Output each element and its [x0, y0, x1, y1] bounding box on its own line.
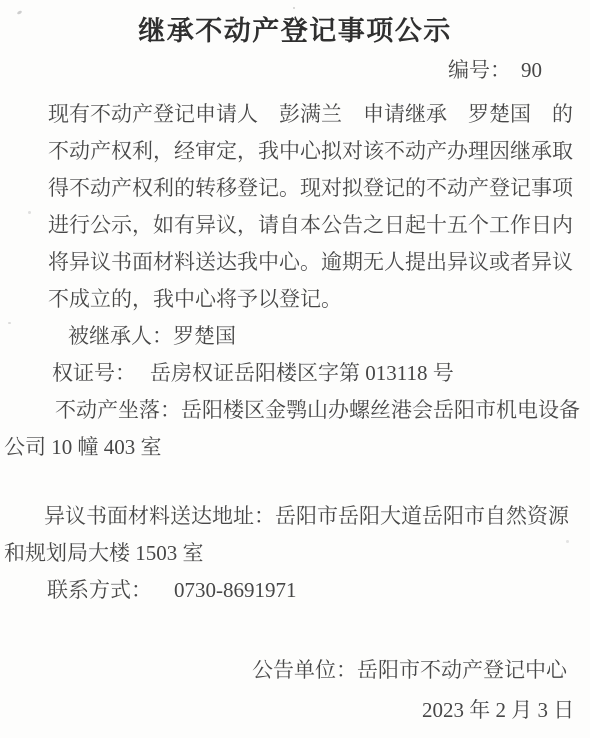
document-title: 继承不动产登记事项公示 [0, 14, 590, 48]
paragraph-line: 进行公示，如有异议，请自本公告之日起十五个工作日内 [48, 207, 565, 244]
scanned-notice-page: 继承不动产登记事项公示 编号：90 现有不动产登记申请人 彭满兰 申请继承 罗楚… [0, 0, 590, 738]
paragraph-line: 不成立的，我中心将予以登记。 [48, 281, 565, 318]
paragraph-line: 得不动产权利的转移登记。现对拟登记的不动产登记事项 [48, 170, 565, 207]
scan-speck [293, 7, 295, 9]
field-property-location-line2: 公司 10 幢 403 室 [4, 429, 590, 466]
notice-number-line: 编号：90 [448, 55, 542, 85]
field-certificate-number: 权证号：岳房权证岳阳楼区字第 013118 号 [52, 355, 590, 392]
field-contact: 联系方式：0730-8691971 [47, 572, 590, 609]
field-objection-address-value: 岳阳市岳阳大道岳阳市自然资源 [275, 504, 569, 528]
notice-footer: 公告单位：岳阳市不动产登记中心 2023 年 2 月 3 日 [0, 650, 590, 730]
notice-body: 现有不动产登记申请人 彭满兰 申请继承 罗楚国 的 不动产权利，经审定，我中心拟… [0, 96, 590, 609]
footer-issuer-value: 岳阳市不动产登记中心 [357, 658, 567, 682]
paragraph-line: 将异议书面材料送达我中心。逾期无人提出异议或者异议 [48, 244, 565, 281]
scan-speck [28, 211, 31, 214]
notice-number-label: 编号： [448, 58, 511, 82]
footer-issuer-label: 公告单位： [252, 658, 357, 682]
scan-speck [8, 322, 11, 324]
field-heir: 被继承人：罗楚国 [68, 318, 590, 355]
footer-date-line: 2023 年 2 月 3 日 [422, 690, 590, 730]
field-certificate-value: 岳房权证岳阳楼区字第 013118 号 [150, 361, 454, 385]
field-certificate-label: 权证号： [52, 361, 136, 385]
field-contact-label: 联系方式： [47, 578, 152, 602]
field-property-location-line1: 不动产坐落：岳阳楼区金鹗山办螺丝港会岳阳市机电设备 [55, 392, 565, 429]
field-objection-address-line2: 和规划局大楼 1503 室 [4, 535, 590, 572]
footer-issuer-line: 公告单位：岳阳市不动产登记中心 [252, 650, 590, 690]
field-property-location-label: 不动产坐落： [55, 398, 181, 422]
field-objection-address-line1: 异议书面材料送达地址：岳阳市岳阳大道岳阳市自然资源 [44, 498, 565, 535]
paragraph-line: 不动产权利，经审定，我中心拟对该不动产办理因继承取 [48, 133, 565, 170]
field-heir-value: 罗楚国 [173, 324, 236, 348]
paragraph-line: 现有不动产登记申请人 彭满兰 申请继承 罗楚国 的 [48, 96, 565, 133]
scan-speck [566, 540, 569, 543]
notice-number-value: 90 [521, 58, 542, 82]
field-property-location-value: 岳阳楼区金鹗山办螺丝港会岳阳市机电设备 [181, 398, 580, 422]
field-contact-value: 0730-8691971 [174, 578, 297, 602]
field-objection-address-label: 异议书面材料送达地址： [44, 504, 275, 528]
field-heir-label: 被继承人： [68, 324, 173, 348]
